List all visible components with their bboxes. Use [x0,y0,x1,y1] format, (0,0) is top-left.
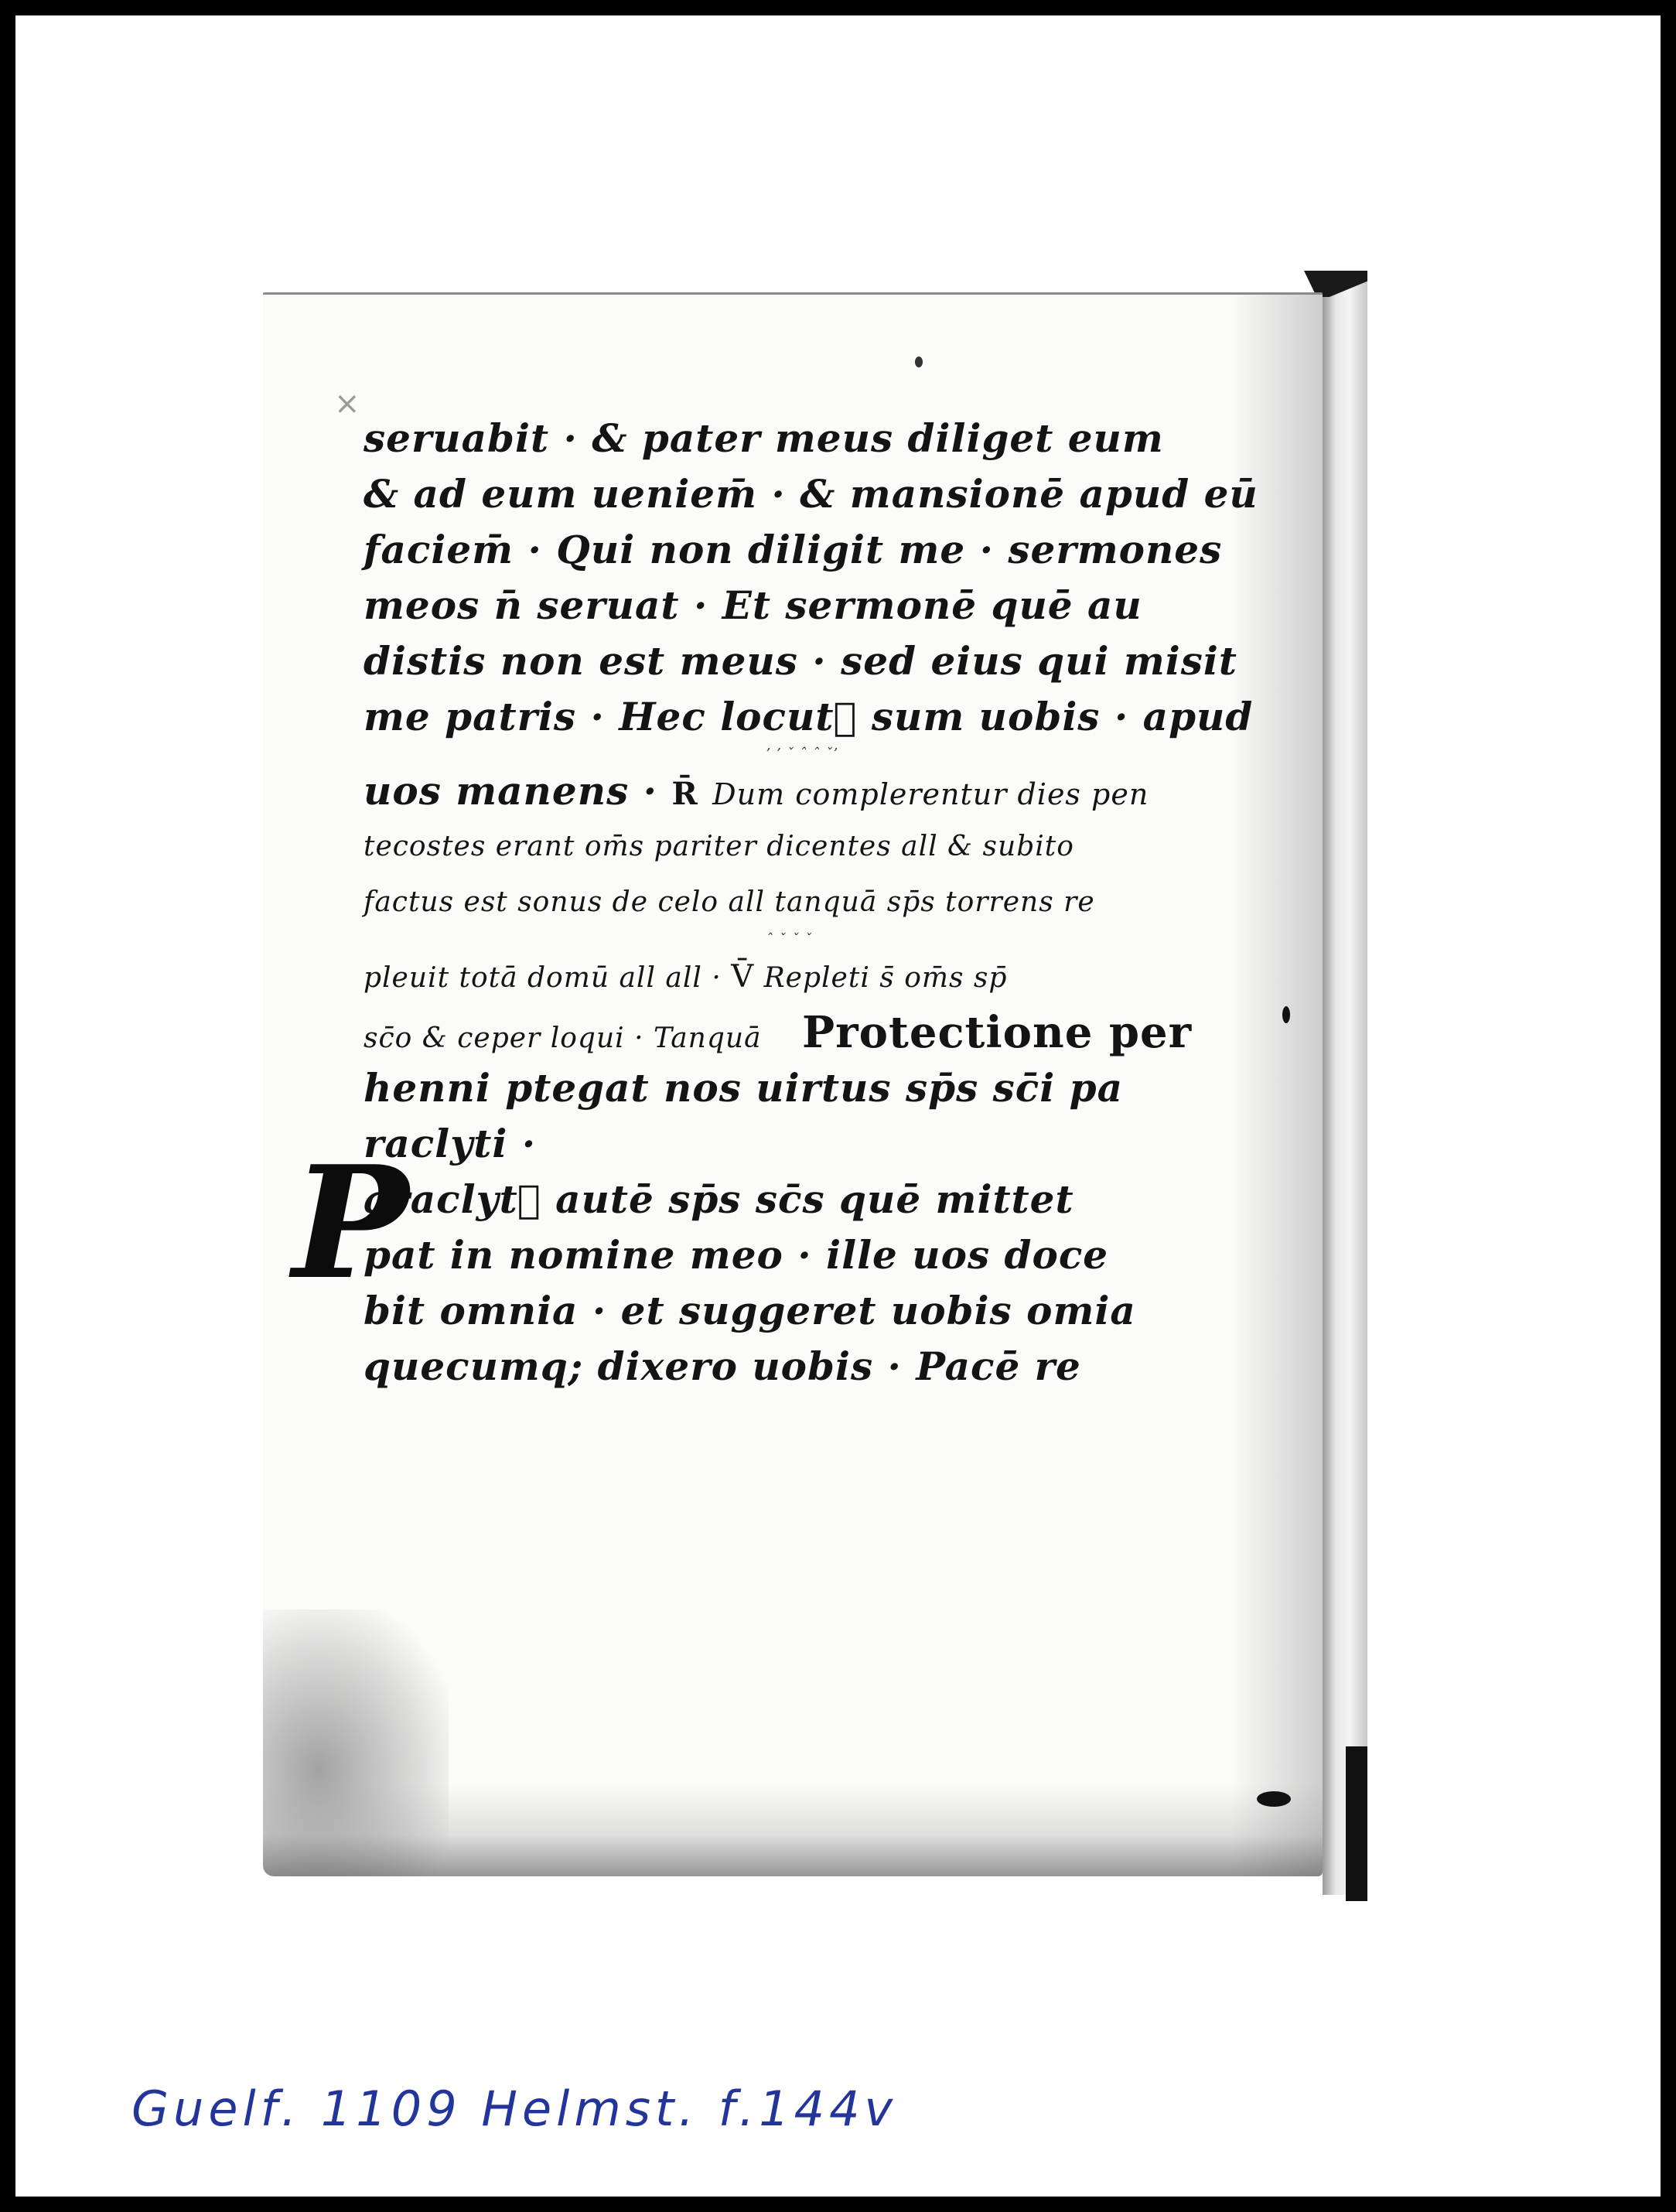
text-line-9: factus est sonus de celo all tanquā sp̄s… [364,875,1307,930]
text-line-16: bit omnia · et suggeret uobis omia [364,1283,1307,1339]
binding-shadow-bottom [1346,1746,1367,1901]
text-line-3: faciem̄ · Qui non diligit me · sermones [364,522,1307,578]
versicle-rubric: V̄ [731,959,754,995]
text-line-4: meos n̄ seruat · Et sermonē quē au [364,578,1307,633]
line-prefix: uos manens · [364,768,657,814]
text-line-15: pat in nomine meo · ille uos doce [364,1227,1307,1283]
chant-text: pleuit totā domū all all · [364,962,722,994]
decorated-initial-p: P [292,1158,409,1289]
text-line-10: pleuit totā domū all all · V̄ Repleti s̄… [364,949,1307,1005]
binding-gutter [1323,273,1367,1895]
responsory-rubric: R̄ [671,776,698,812]
text-line-8: tecostes erant om̄s pariter dicentes all… [364,819,1307,875]
shelfmark-caption: Guelf. 1109 Helmst. f.144v [131,2081,897,2137]
line-text: araclyt᷒ autē sp̄s sc̄s quē mittet [364,1176,1074,1222]
manuscript-text: seruabit · & pater meus diliget eum & ad… [364,411,1307,1394]
text-line-11: sc̄o & ceper loqui · Tanquā Protectione … [364,1005,1307,1060]
text-line-1: seruabit · & pater meus diliget eum [364,411,1307,466]
neumes-line-1: ʼ ʼ ˇ ˆ ˆ ˇʼ [364,745,1307,763]
margin-cross-mark: × [334,386,360,422]
chant-text-suffix: Repleti s̄ om̄s sp̄ [764,962,1008,994]
manuscript-leaf: × seruabit · & pater meus diliget eum & … [263,292,1367,1895]
text-line-5: distis non est meus · sed eius qui misit [364,633,1307,689]
ink-dot [915,357,923,367]
text-line-6: me patris · Hec locut᷒ sum uobis · apud [364,689,1307,745]
text-line-12: henni ptegat nos uirtus sp̄s sc̄i pa [364,1060,1307,1116]
versal-text: Protectione per [802,1007,1192,1058]
chant-text: sc̄o & ceper loqui · Tanquā [364,1022,762,1054]
page-stain-bottom [263,1784,1323,1876]
ink-blot [1257,1791,1291,1807]
text-line-17: quecumq; dixero uobis · Pacē re [364,1339,1307,1394]
chant-text: Dum complerentur dies pen [712,777,1149,811]
manuscript-page: × seruabit · & pater meus diliget eum & … [263,292,1323,1876]
neumes-line-2: ˆ ˇ ˇ ˇ [364,930,1307,949]
text-line-2: & ad eum ueniem̄ · & mansionē apud eū [364,466,1307,522]
text-line-14: P araclyt᷒ autē sp̄s sc̄s quē mittet [364,1172,1307,1227]
text-line-13: raclyti · [364,1116,1307,1172]
text-line-7: uos manens · R̄ Dum complerentur dies pe… [364,763,1307,819]
